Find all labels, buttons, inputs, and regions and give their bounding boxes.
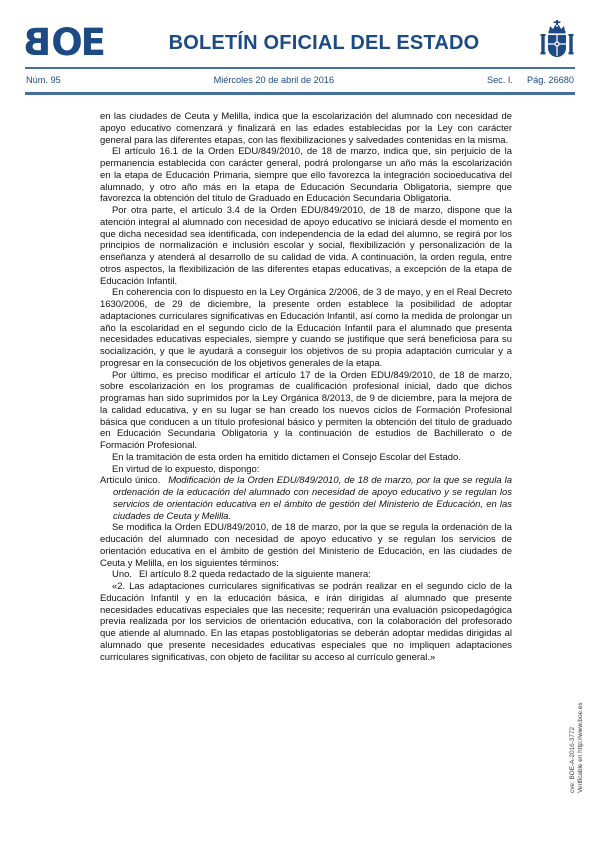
page-number: Pág. 26680 [527,75,574,85]
paragraph-continuation: en las ciudades de Ceuta y Melilla, indi… [100,111,512,146]
paragraph-dispongo: En virtud de lo expuesto, dispongo: [100,464,512,476]
quoted-redaction-block: «2. Las adaptaciones curriculares signif… [100,581,512,663]
paragraph-por-ultimo: Por último, es preciso modificar el artí… [100,370,512,452]
cve-code: cve: BOE-A-2016-3772 [569,665,577,793]
issue-date: Miércoles 20 de abril de 2016 [214,75,335,85]
item-uno-text: El artículo 8.2 queda redactado de la si… [139,569,371,580]
boe-logo-letter-b: B [25,25,51,61]
verification-url: Verificable en http://www.boe.es [577,665,585,793]
boe-logo-letter-e: E [81,25,104,61]
item-uno-label: Uno. [112,569,132,580]
item-uno: Uno.El artículo 8.2 queda redactado de l… [100,569,512,581]
header-divider-bottom [25,92,575,95]
paragraph-tramitacion: En la tramitación de esta orden ha emiti… [100,452,512,464]
document-body: en las ciudades de Ceuta y Melilla, indi… [100,111,512,663]
paragraph-articulo-16-1: El artículo 16.1 de la Orden EDU/849/201… [100,146,512,205]
section-label: Sec. I. [487,75,513,85]
page-title: BOLETÍN OFICIAL DEL ESTADO [117,32,531,55]
paragraph-coherencia: En coherencia con lo dispuesto en la Ley… [100,287,512,369]
boe-document-page: BOE BOLETÍN OFICIAL DEL ESTADO [0,0,599,848]
header-top-row: BOE BOLETÍN OFICIAL DEL ESTADO [25,22,575,64]
article-label: Artículo único. [100,475,160,486]
boe-logo-letter-o: O [51,25,80,61]
spanish-coat-of-arms-icon [531,20,575,66]
paragraph-se-modifica: Se modifica la Orden EDU/849/2010, de 18… [100,522,512,569]
page-header: BOE BOLETÍN OFICIAL DEL ESTADO [25,22,575,95]
paragraph-articulo-3-4: Por otra parte, el artículo 3.4 de la Or… [100,205,512,287]
issue-number: Núm. 95 [26,75,61,85]
vertical-verification-strip: cve: BOE-A-2016-3772 Verificable en http… [569,665,585,793]
header-meta-row: Núm. 95 Miércoles 20 de abril de 2016 Se… [25,69,575,92]
article-heading: Artículo único.Modificación de la Orden … [100,475,512,522]
article-title: Modificación de la Orden EDU/849/2010, d… [113,475,512,521]
boe-logo: BOE [25,25,117,61]
